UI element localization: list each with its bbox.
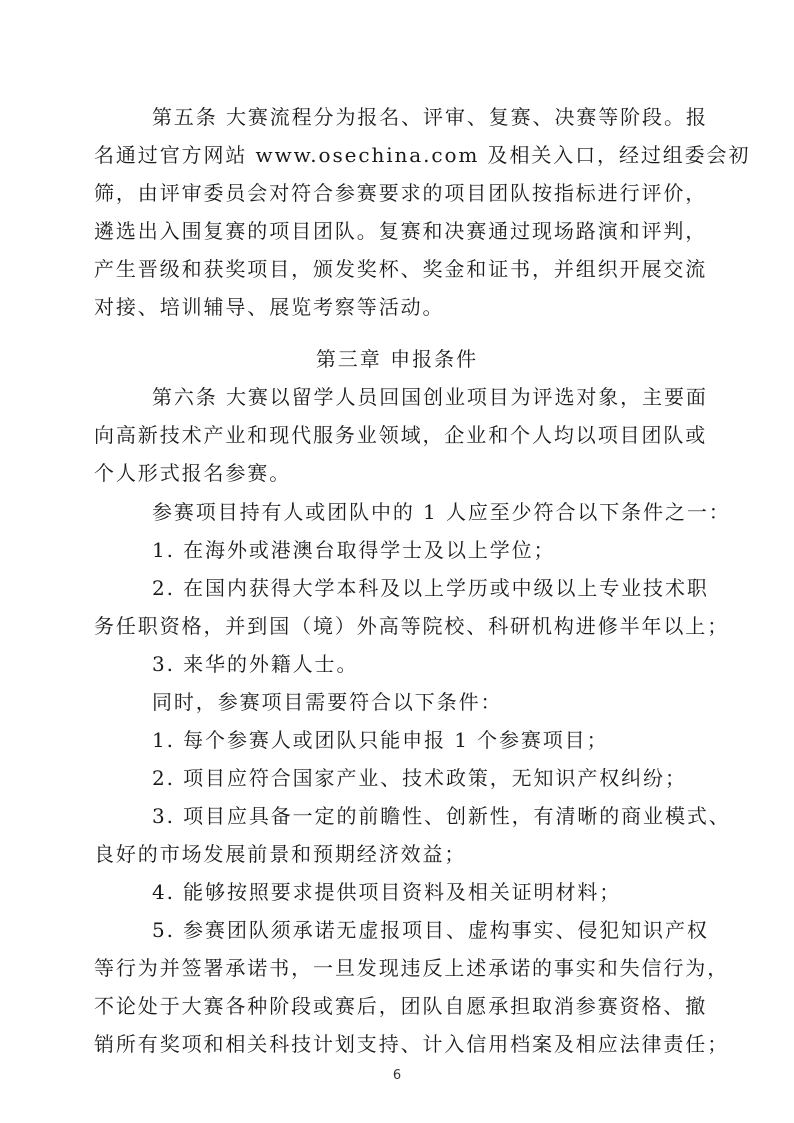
requirements-item-3-line-2: 良好的市场发展前景和预期经济效益；: [94, 835, 702, 873]
article-5-line-4: 遴选出入围复赛的项目团队。复赛和决赛通过现场路演和评判，: [94, 212, 702, 250]
eligibility-item-2-line-1: 2. 在国内获得大学本科及以上学历或中级以上专业技术职: [152, 569, 702, 607]
requirements-intro: 同时，参赛项目需要符合以下条件：: [152, 683, 702, 721]
requirements-item-4: 4. 能够按照要求提供项目资料及相关证明材料；: [152, 873, 702, 911]
chapter-heading: 第三章 申报条件: [0, 340, 794, 378]
article-5-line-1: 第五条 大赛流程分为报名、评审、复赛、决赛等阶段。报: [152, 98, 702, 136]
eligibility-item-3: 3. 来华的外籍人士。: [152, 645, 702, 683]
article-5-line-3: 筛，由评审委员会对符合参赛要求的项目团队按指标进行评价，: [94, 174, 702, 212]
eligibility-item-2-line-2: 务任职资格，并到国（境）外高等院校、科研机构进修半年以上；: [94, 607, 702, 645]
article-6-line-2: 向高新技术产业和现代服务业领域，企业和个人均以项目团队或: [94, 416, 702, 454]
article-5-line-5: 产生晋级和获奖项目，颁发奖杯、奖金和证书，并组织开展交流: [94, 250, 702, 288]
page-number: 6: [0, 1068, 794, 1083]
article-5-line-2: 名通过官方网站 www.osechina.com 及相关入口，经过组委会初: [94, 136, 702, 174]
document-page: 第五条 大赛流程分为报名、评审、复赛、决赛等阶段。报 名通过官方网站 www.o…: [0, 0, 794, 1123]
article-5-line-6: 对接、培训辅导、展览考察等活动。: [94, 288, 702, 326]
requirements-item-5-line-4: 销所有奖项和相关科技计划支持、计入信用档案及相应法律责任；: [94, 1025, 702, 1063]
article-6-line-1: 第六条 大赛以留学人员回国创业项目为评选对象，主要面: [152, 378, 702, 416]
requirements-item-5-line-2: 等行为并签署承诺书，一旦发现违反上述承诺的事实和失信行为，: [94, 949, 702, 987]
requirements-item-5-line-1: 5. 参赛团队须承诺无虚报项目、虚构事实、侵犯知识产权: [152, 911, 702, 949]
requirements-item-1: 1. 每个参赛人或团队只能申报 1 个参赛项目；: [152, 721, 702, 759]
eligibility-intro: 参赛项目持有人或团队中的 1 人应至少符合以下条件之一：: [152, 493, 702, 531]
article-6-line-3: 个人形式报名参赛。: [94, 454, 702, 492]
requirements-item-5-line-3: 不论处于大赛各种阶段或赛后，团队自愿承担取消参赛资格、撤: [94, 987, 702, 1025]
eligibility-item-1: 1. 在海外或港澳台取得学士及以上学位；: [152, 531, 702, 569]
requirements-item-2: 2. 项目应符合国家产业、技术政策，无知识产权纠纷；: [152, 759, 702, 797]
requirements-item-3-line-1: 3. 项目应具备一定的前瞻性、创新性，有清晰的商业模式、: [152, 797, 702, 835]
